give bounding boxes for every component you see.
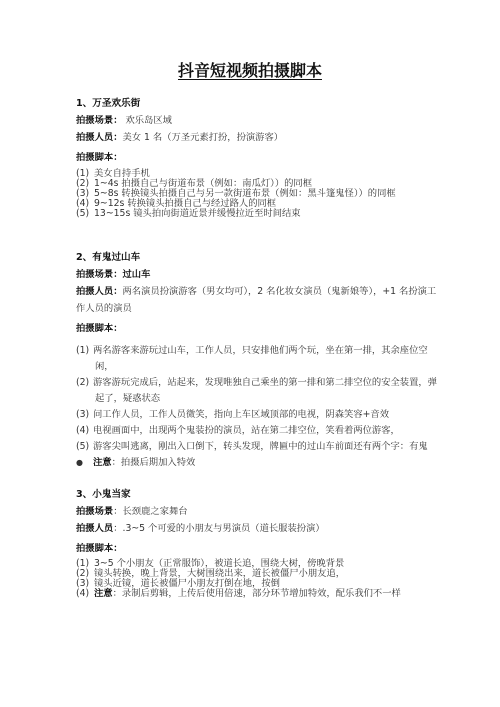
- document-page: 抖音短视频拍摄脚本 1、万圣欢乐街 拍摄场景： 欢乐岛区域 拍摄人员：美女 1 …: [0, 0, 500, 707]
- cast-label: 拍摄人员：: [76, 132, 123, 143]
- section-3-scene: 拍摄场景：长颈鹿之家舞台: [76, 506, 188, 518]
- section-2-script-label: 拍摄脚本：: [76, 323, 123, 335]
- step-number: (2): [76, 377, 93, 389]
- section-1-cast: 拍摄人员：美女 1 名（万圣元素打扮，扮演游客）: [76, 132, 283, 144]
- document-title: 抖音短视频拍摄脚本: [0, 58, 500, 81]
- section-2-note: ●注意：拍摄后期加入特效: [76, 457, 195, 469]
- section-2-scene: 拍摄场景：过山车: [76, 269, 150, 281]
- step-number: (4): [76, 588, 94, 600]
- scene-label: 拍摄场景: [76, 506, 113, 517]
- section-2-step: (2)游客游玩完成后，站起来，发现唯独自己乘坐的第一排和第二排空位的安全装置，弹: [76, 377, 437, 389]
- step-number: (1): [76, 345, 93, 357]
- scene-label: 拍摄场景：: [76, 115, 123, 126]
- scene-value: ：长颈鹿之家舞台: [113, 506, 187, 517]
- bullet-icon: ●: [76, 457, 93, 469]
- step-number: (3): [76, 409, 93, 421]
- section-1-script-label: 拍摄脚本：: [76, 152, 123, 164]
- step-text: 13~15s 镜头拍向街道近景并缓慢拉近至时间结束: [94, 208, 301, 219]
- section-1-step: (5)13~15s 镜头拍向街道近景并缓慢拉近至时间结束: [76, 208, 301, 220]
- step-text: 游客游玩完成后，站起来，发现唯独自己乘坐的第一排和第二排空位的安全装置，弹: [93, 377, 437, 388]
- step-number: (5): [76, 441, 93, 453]
- step-text: 电视画面中，出现两个鬼装扮的演员，站在第二排空位，笑看着两位游客，: [93, 425, 400, 436]
- section-2-step-cont: 闲，: [76, 361, 114, 373]
- step-number: (5): [76, 208, 94, 220]
- section-3-cast: 拍摄人员：.3~5 个可爱的小朋友与男演员（道长服装扮演）: [76, 523, 325, 535]
- section-3-heading: 3、小鬼当家: [76, 489, 131, 501]
- title-text: 抖音短视频拍摄脚本: [178, 61, 322, 80]
- cast-value: ：.3~5 个可爱的小朋友与男演员（道长服装扮演）: [113, 523, 324, 534]
- step-text: 两名游客来游玩过山车，工作人员，只安排他们两个玩，坐在第一排，其余座位空: [93, 345, 428, 356]
- cast-label: 拍摄人员：: [76, 286, 123, 297]
- note-label: 注意: [94, 588, 113, 599]
- scene-label: 拍摄场景：: [76, 269, 123, 280]
- section-1-scene: 拍摄场景： 欢乐岛区域: [76, 115, 172, 127]
- step-text: ：录制后剪辑，上传后使用倍速，部分环节增加特效，配乐我们不一样: [113, 588, 401, 599]
- section-2-step: (3)问工作人员，工作人员微笑，指向上车区域顶部的电视，阴森笑容+音效: [76, 409, 389, 421]
- section-2-cast-cont: 作人员的演员: [76, 303, 132, 315]
- section-2-step-cont: 起了，疑惑状态: [76, 393, 160, 405]
- section-3-step: (4)注意：录制后剪辑，上传后使用倍速，部分环节增加特效，配乐我们不一样: [76, 588, 401, 600]
- section-1-heading: 1、万圣欢乐街: [76, 98, 140, 110]
- cast-value: 美女 1 名（万圣元素打扮，扮演游客）: [123, 132, 284, 143]
- section-2-heading: 2、有鬼过山车: [76, 252, 140, 264]
- section-2-step: (5)游客尖叫逃离，刚出入口倒下，转头发现，牌匾中的过山车前面还有两个字：有鬼: [76, 441, 428, 453]
- section-2-cast: 拍摄人员：两名演员扮演游客（男女均可），2 名化妆女演员（鬼新娘等），+1 名扮…: [76, 286, 436, 298]
- note-label: 注意: [93, 457, 112, 468]
- cast-value: 两名演员扮演游客（男女均可），2 名化妆女演员（鬼新娘等），+1 名扮演工: [123, 286, 437, 297]
- scene-value: 欢乐岛区域: [123, 115, 172, 126]
- section-2-step: (1)两名游客来游玩过山车，工作人员，只安排他们两个玩，坐在第一排，其余座位空: [76, 345, 428, 357]
- step-text: 问工作人员，工作人员微笑，指向上车区域顶部的电视，阴森笑容+音效: [93, 409, 389, 420]
- step-text: 游客尖叫逃离，刚出入口倒下，转头发现，牌匾中的过山车前面还有两个字：有鬼: [93, 441, 428, 452]
- cast-label: 拍摄人员: [76, 523, 113, 534]
- section-2-step: (4)电视画面中，出现两个鬼装扮的演员，站在第二排空位，笑看着两位游客，: [76, 425, 400, 437]
- step-number: (4): [76, 425, 93, 437]
- section-3-script-label: 拍摄脚本：: [76, 543, 123, 555]
- scene-value: 过山车: [123, 269, 151, 280]
- note-text: ：拍摄后期加入特效: [112, 457, 196, 468]
